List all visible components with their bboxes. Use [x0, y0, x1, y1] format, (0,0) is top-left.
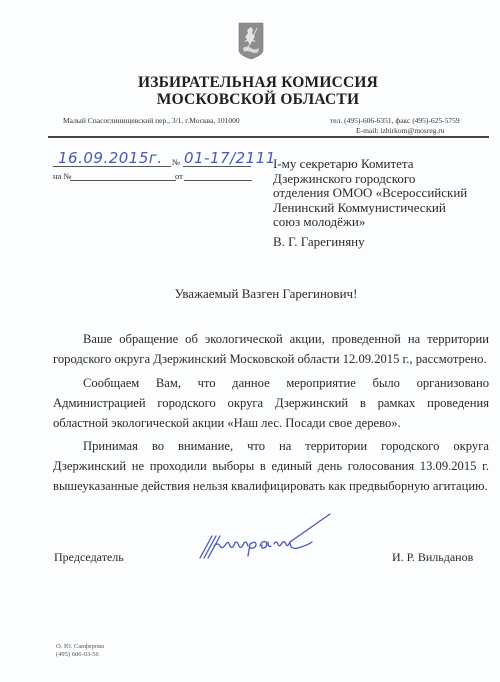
executor-block: О. Ю. Санферова (495) 606-03-56	[56, 643, 104, 659]
greeting: Уважаемый Вазген Гарегинович!	[0, 286, 500, 302]
paragraph-text: Сообщаем Вам, что данное мероприятие был…	[53, 373, 489, 433]
org-name-line2: МОСКОВСКОЙ ОБЛАСТИ	[8, 91, 500, 109]
number-underline	[183, 166, 251, 167]
number-sign: №	[172, 157, 180, 167]
from-date-label: от	[175, 171, 183, 181]
reply-to-label: на №	[53, 171, 72, 181]
paragraph-text: Ваше обращение об экологической акции, п…	[53, 329, 489, 369]
executor-name: О. Ю. Санферова	[56, 643, 104, 651]
handwritten-signature-icon	[198, 512, 333, 560]
coat-of-arms-icon	[238, 22, 264, 60]
letterhead-divider	[48, 136, 489, 138]
paragraph-text: Принимая во внимание, что на территории …	[53, 436, 489, 496]
signatory-title: Председатель	[54, 550, 124, 565]
recipient-line: Дзержинского городского	[273, 172, 467, 187]
addressee-name: В. Г. Гарегиняну	[273, 234, 365, 250]
org-name-line1: ИЗБИРАТЕЛЬНАЯ КОМИССИЯ	[8, 74, 500, 92]
org-contacts: тел. (495)-606-6351, факс (495)-625-5759…	[330, 116, 460, 135]
recipient-line: I-му секретарю Комитета	[273, 157, 467, 172]
org-address: Малый Спасоглинищевский пер., 3/1, г.Мос…	[63, 116, 240, 125]
date-underline	[53, 166, 171, 167]
handwritten-date: 16.09.2015г.	[58, 149, 163, 167]
phone-fax: тел. (495)-606-6351, факс (495)-625-5759	[330, 116, 460, 126]
recipient-line: Ленинский Коммунистический	[273, 201, 467, 216]
recipient-line: союз молодёжи»	[273, 215, 467, 230]
reply-to-underline	[70, 180, 176, 181]
paragraph-3: Принимая во внимание, что на территории …	[53, 436, 489, 496]
email: E-mail: izbirkom@mosreg.ru	[330, 126, 460, 136]
signatory-name: И. Р. Вильданов	[392, 550, 473, 565]
paragraph-1: Ваше обращение об экологической акции, п…	[53, 329, 489, 369]
executor-phone: (495) 606-03-56	[56, 651, 104, 659]
recipient-block: I-му секретарю Комитета Дзержинского гор…	[273, 157, 467, 230]
from-date-underline	[184, 180, 252, 181]
handwritten-number: 01-17/2111	[184, 149, 276, 167]
paragraph-2: Сообщаем Вам, что данное мероприятие был…	[53, 373, 489, 433]
recipient-line: отделения ОМОО «Всероссийский	[273, 186, 467, 201]
